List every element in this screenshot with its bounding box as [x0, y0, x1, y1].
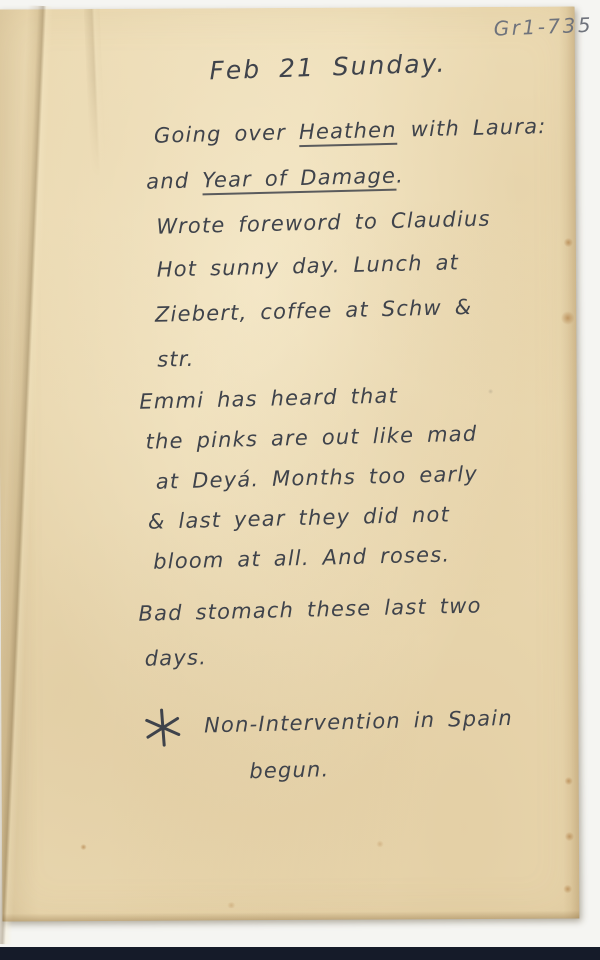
diary-text: Bad stomach these last two	[138, 593, 482, 625]
diary-line: Bad stomach these last two	[138, 590, 482, 628]
diary-line: the pinks are out like mad	[145, 419, 477, 457]
diary-line: begun.	[249, 754, 330, 786]
diary-text: Hot sunny day. Lunch at	[156, 250, 459, 281]
archive-mark: Gr1-735	[493, 13, 593, 41]
diary-line: Ziebert, coffee at Schw &	[155, 292, 473, 330]
foxing-spot	[563, 885, 572, 894]
diary-text: str.	[157, 347, 195, 372]
foxing-spot	[226, 902, 236, 908]
foxing-spot	[376, 841, 384, 848]
diary-text: .	[396, 163, 404, 187]
foxing-spot	[565, 832, 574, 842]
diary-heading: Feb 21 Sunday.	[209, 49, 447, 87]
paper-sheet: Gr1-735 Feb 21 Sunday. Going over Heathe…	[0, 6, 579, 921]
diary-text: at Deyá. Months too early	[156, 462, 479, 494]
diary-text: Emmi has heard that	[139, 383, 398, 413]
diary-line: Hot sunny day. Lunch at	[156, 247, 459, 284]
diary-text: Non-Intervention in Spain	[204, 706, 513, 738]
foxing-spot	[561, 311, 574, 326]
diary-line: and Year of Damage.	[146, 160, 404, 196]
diary-line: bloom at all. And roses.	[153, 539, 451, 576]
diary-text: & last year they did not	[148, 502, 451, 533]
diary-text: with Laura:	[410, 114, 546, 141]
diary-text: Ziebert, coffee at Schw &	[155, 295, 473, 327]
diary-line: str.	[157, 344, 195, 375]
underlined-book-title: Heathen	[299, 118, 397, 147]
foxing-spot	[564, 238, 573, 248]
foxing-spot	[565, 777, 573, 786]
diary-line: Non-Intervention in Spain	[204, 703, 513, 741]
diary-line: & last year they did not	[148, 499, 451, 536]
film-edge-band	[0, 947, 600, 960]
foxing-spot	[488, 389, 494, 394]
diary-text: bloom at all. And roses.	[153, 542, 451, 573]
diary-text: Wrote foreword to Claudius	[156, 207, 491, 239]
diary-text: and	[146, 168, 203, 193]
scanner-background: Gr1-735 Feb 21 Sunday. Going over Heathe…	[0, 0, 600, 960]
diary-text: the pinks are out like mad	[145, 422, 477, 454]
diary-text: days.	[144, 645, 207, 671]
diary-line: Going over Heathenwith Laura:	[154, 111, 547, 151]
diary-line: at Deyá. Months too early	[155, 459, 478, 497]
paper-edge-bottom	[2, 910, 579, 921]
diary-line: days.	[144, 642, 207, 674]
asterisk-icon	[146, 708, 179, 748]
diary-text: Going over	[154, 120, 300, 148]
diary-line: Emmi has heard that	[139, 380, 398, 416]
foxing-spot	[80, 844, 87, 850]
paper-crease-top	[84, 8, 107, 179]
underlined-book-title: Year of Damage	[202, 164, 397, 196]
diary-text: begun.	[249, 757, 330, 783]
diary-line: Wrote foreword to Claudius	[156, 204, 491, 242]
diary-heading-text: Feb 21 Sunday.	[209, 49, 447, 86]
